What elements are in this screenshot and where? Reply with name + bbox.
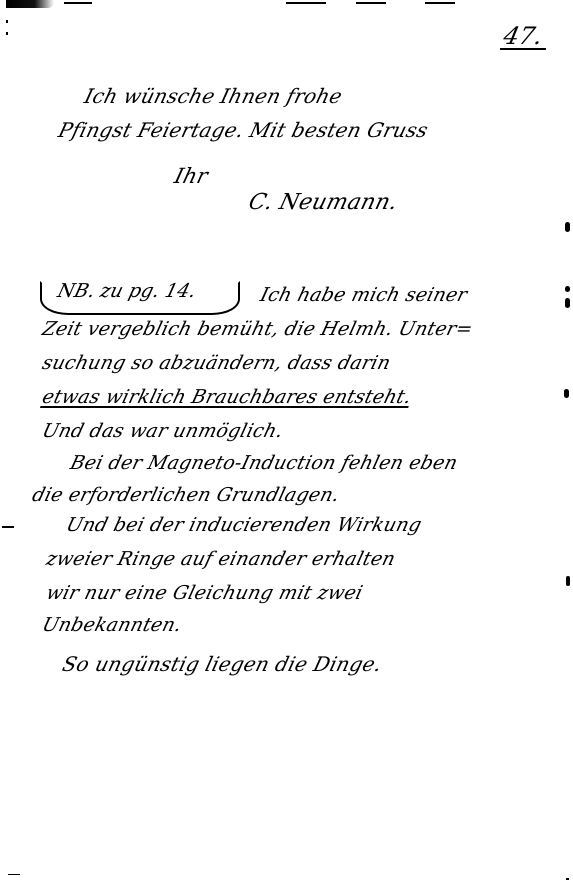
scan-speck: [8, 874, 20, 875]
binding-hole-mark: [565, 222, 570, 232]
note-p3-line-2: zweier Ringe auf einander erhalten: [44, 548, 398, 570]
note-p3-line-3: wir nur eine Gleichung mit zwei: [44, 582, 365, 604]
scan-edge-artifact: [286, 2, 326, 4]
scan-edge-artifact: [356, 2, 386, 4]
scan-speck: [566, 878, 569, 880]
note-p1-line-2: Zeit vergeblich bemüht, die Helmh. Unter…: [40, 318, 475, 340]
note-p4-line-1: So ungünstig liegen die Dinge.: [60, 652, 384, 676]
scan-edge-artifact: [64, 2, 92, 4]
binding-hole-mark: [565, 298, 570, 308]
page-number: 47.: [501, 22, 545, 50]
margin-dash-mark: [2, 526, 14, 528]
closing-line-1: Ich wünsche Ihnen frohe: [82, 84, 345, 108]
note-p2-line-2: die erforderlichen Grundlagen.: [30, 484, 342, 506]
signature: C. Neumann.: [246, 190, 400, 215]
scan-edge-artifact: [425, 2, 455, 4]
note-p2-line-1: Bei der Magneto-Induction fehlen eben: [68, 452, 460, 474]
binding-hole-mark: [565, 286, 570, 292]
closing-line-2: Pfingst Feiertage. Mit besten Gruss: [56, 118, 431, 142]
note-p1-line-4: etwas wirklich Brauchbares entsteht.: [40, 386, 414, 408]
scanned-letter-page: 47. Ich wünsche Ihnen frohe Pfingst Feie…: [0, 0, 573, 887]
binding-hole-mark: [566, 576, 570, 586]
valediction: Ihr: [172, 164, 210, 188]
note-p3-line-4: Unbekannten.: [40, 614, 184, 636]
scan-edge-artifact: [6, 20, 8, 23]
scan-edge-artifact: [6, 0, 54, 8]
scan-edge-artifact: [6, 32, 8, 35]
note-p1-line-5: Und das war unmöglich.: [40, 420, 286, 442]
page-number-underline: [500, 48, 546, 50]
binding-hole-mark: [564, 389, 569, 398]
annotation-nb: NB. zu pg. 14.: [55, 280, 198, 302]
note-p1-line-1: Ich habe mich seiner: [258, 284, 470, 306]
note-p3-line-1: Und bei der inducierenden Wirkung: [64, 514, 424, 536]
note-p1-line-3: suchung so abzuändern, dass darin: [40, 352, 393, 374]
